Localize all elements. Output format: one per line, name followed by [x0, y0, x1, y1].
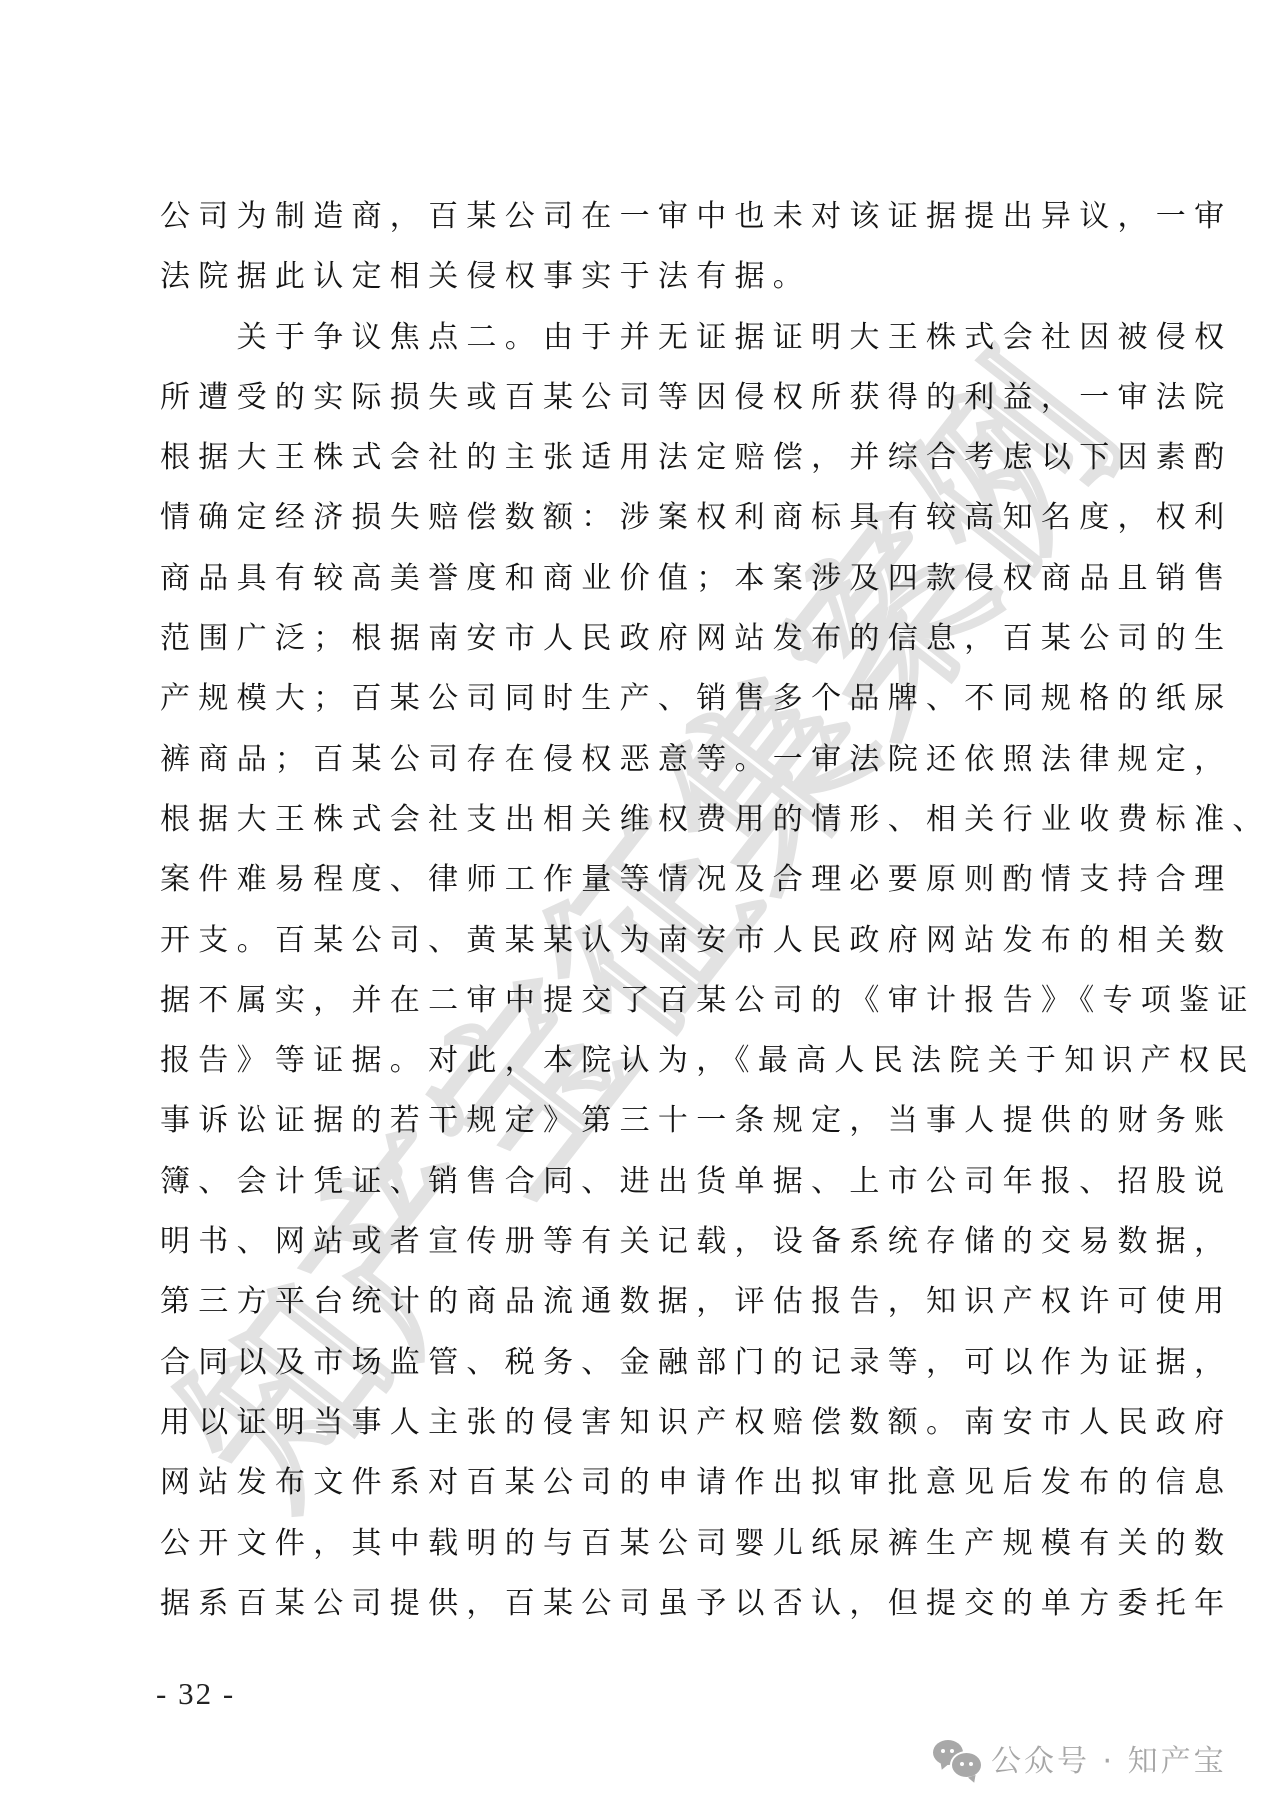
text-line: 第三方平台统计的商品流通数据，评估报告，知识产权许可使用: [160, 1272, 1140, 1332]
document-page: 知产宝征集案例 公司为制造商，百某公司在一审中也未对该证据提出异议，一审 法院据…: [0, 0, 1280, 1810]
text-line: 开支。百某公司、黄某某认为南安市人民政府网站发布的相关数: [160, 911, 1140, 971]
text-line: 簿、会计凭证、销售合同、进出货单据、上市公司年报、招股说: [160, 1152, 1140, 1212]
text-line: 公开文件，其中载明的与百某公司婴儿纸尿裤生产规模有关的数: [160, 1514, 1140, 1574]
text-line-indented: 关于争议焦点二。由于并无证据证明大王株式会社因被侵权: [160, 308, 1140, 368]
wechat-icon: [933, 1738, 981, 1778]
text-line: 据系百某公司提供，百某公司虽予以否认，但提交的单方委托年: [160, 1574, 1140, 1634]
text-line: 事诉讼证据的若干规定》第三十一条规定，当事人提供的财务账: [160, 1091, 1140, 1151]
text-line: 产规模大；百某公司同时生产、销售多个品牌、不同规格的纸尿: [160, 669, 1140, 729]
text-line: 根据大王株式会社支出相关维权费用的情形、相关行业收费标准、: [160, 790, 1140, 850]
text-line: 网站发布文件系对百某公司的申请作出拟审批意见后发布的信息: [160, 1453, 1140, 1513]
text-line: 用以证明当事人主张的侵害知识产权赔偿数额。南安市人民政府: [160, 1393, 1140, 1453]
footer-brand: 公众号 · 知产宝: [933, 1736, 1227, 1780]
text-line: 案件难易程度、律师工作量等情况及合理必要原则酌情支持合理: [160, 850, 1140, 910]
text-line: 范围广泛；根据南安市人民政府网站发布的信息，百某公司的生: [160, 609, 1140, 669]
footer-account-label: 公众号 · 知产宝: [991, 1736, 1227, 1780]
wechat-bubble-front: [950, 1751, 983, 1779]
text-line: 明书、网站或者宣传册等有关记载，设备系统存储的交易数据，: [160, 1212, 1140, 1272]
page-number: - 32 -: [156, 1676, 235, 1712]
text-line: 合同以及市场监管、税务、金融部门的记录等，可以作为证据，: [160, 1333, 1140, 1393]
text-line: 报告》等证据。对此，本院认为，《最高人民法院关于知识产权民: [160, 1031, 1140, 1091]
text-line: 商品具有较高美誉度和商业价值；本案涉及四款侵权商品且销售: [160, 549, 1140, 609]
text-line: 所遭受的实际损失或百某公司等因侵权所获得的利益，一审法院: [160, 368, 1140, 428]
text-line: 据不属实，并在二审中提交了百某公司的《审计报告》《专项鉴证: [160, 971, 1140, 1031]
text-line: 法院据此认定相关侵权事实于法有据。: [160, 247, 1140, 307]
text-line: 根据大王株式会社的主张适用法定赔偿，并综合考虑以下因素酌: [160, 428, 1140, 488]
text-line: 情确定经济损失赔偿数额：涉案权利商标具有较高知名度，权利: [160, 488, 1140, 548]
text-line: 公司为制造商，百某公司在一审中也未对该证据提出异议，一审: [160, 187, 1140, 247]
text-line: 裤商品；百某公司存在侵权恶意等。一审法院还依照法律规定，: [160, 730, 1140, 790]
body-text: 公司为制造商，百某公司在一审中也未对该证据提出异议，一审 法院据此认定相关侵权事…: [160, 187, 1140, 1634]
